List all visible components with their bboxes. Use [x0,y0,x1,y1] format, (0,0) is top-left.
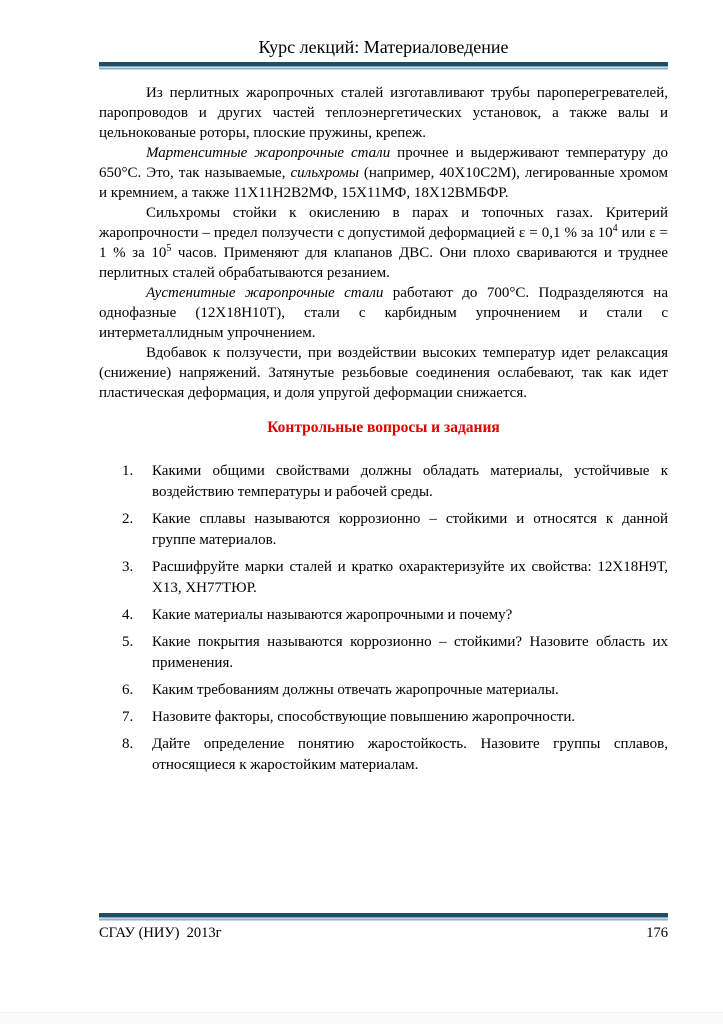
question-item: 5.Какие покрытия называются коррозионно … [99,632,668,674]
document-page: Курс лекций: Материаловедение Из перлитн… [0,0,723,1024]
question-number: 2. [122,509,133,530]
question-item: 3.Расшифруйте марки сталей и кратко охар… [99,557,668,599]
question-number: 4. [122,605,133,626]
questions-heading: Контрольные вопросы и задания [99,418,668,437]
body-paragraphs: Из перлитных жаропрочных сталей изготавл… [99,83,668,403]
question-text: Каким требованиям должны отвечать жаропр… [152,682,559,698]
question-item: 4.Какие материалы называются жаропрочным… [99,605,668,626]
question-text: Какие сплавы называются коррозионно – ст… [152,511,668,548]
text-run: Сильхромы стойки к окислению в парах и т… [99,205,668,241]
question-text: Назовите факторы, способствующие повышен… [152,709,575,725]
question-number: 7. [122,707,133,728]
content-area: Курс лекций: Материаловедение Из перлитн… [99,0,668,782]
page-footer: СГАУ (НИУ) 2013г 176 [99,913,668,942]
question-number: 5. [122,632,133,653]
footer-rule [99,913,668,921]
text-run: Вдобавок к ползучести, при воздействии в… [99,345,668,401]
question-number: 8. [122,734,133,755]
questions-list: 1.Какими общими свойствами должны облада… [99,461,668,776]
paragraph: Из перлитных жаропрочных сталей изготавл… [99,83,668,143]
question-number: 1. [122,461,133,482]
page-bottom-edge [0,1012,723,1024]
italic-run: Мартенситные жаропрочные стали [146,145,390,161]
question-text: Какие покрытия называются коррозионно – … [152,634,668,671]
paragraph: Вдобавок к ползучести, при воздействии в… [99,343,668,403]
page-title: Курс лекций: Материаловедение [99,0,668,58]
paragraph: Мартенситные жаропрочные стали прочнее и… [99,143,668,203]
paragraph: Аустенитные жаропрочные стали работают д… [99,283,668,343]
question-number: 3. [122,557,133,578]
footer-page-number: 176 [646,925,668,942]
italic-run: сильхромы [291,165,359,181]
header-rule [99,62,668,70]
question-item: 6.Каким требованиям должны отвечать жаро… [99,680,668,701]
paragraph: Сильхромы стойки к окислению в парах и т… [99,203,668,283]
question-text: Какие материалы называются жаропрочными … [152,607,512,623]
question-item: 7.Назовите факторы, способствующие повыш… [99,707,668,728]
footer-row: СГАУ (НИУ) 2013г 176 [99,921,668,942]
question-item: 8.Дайте определение понятию жаростойкост… [99,734,668,776]
question-text: Расшифруйте марки сталей и кратко охарак… [152,559,668,596]
text-run: часов. Применяют для клапанов ДВС. Они п… [99,245,668,281]
question-text: Какими общими свойствами должны обладать… [152,463,668,500]
footer-institution: СГАУ (НИУ) 2013г [99,925,222,942]
question-text: Дайте определение понятию жаростойкость.… [152,736,668,773]
text-run: Из перлитных жаропрочных сталей изготавл… [99,85,668,141]
question-item: 1.Какими общими свойствами должны облада… [99,461,668,503]
page-header: Курс лекций: Материаловедение [99,0,668,70]
question-item: 2.Какие сплавы называются коррозионно – … [99,509,668,551]
question-number: 6. [122,680,133,701]
italic-run: Аустенитные жаропрочные стали [146,285,383,301]
